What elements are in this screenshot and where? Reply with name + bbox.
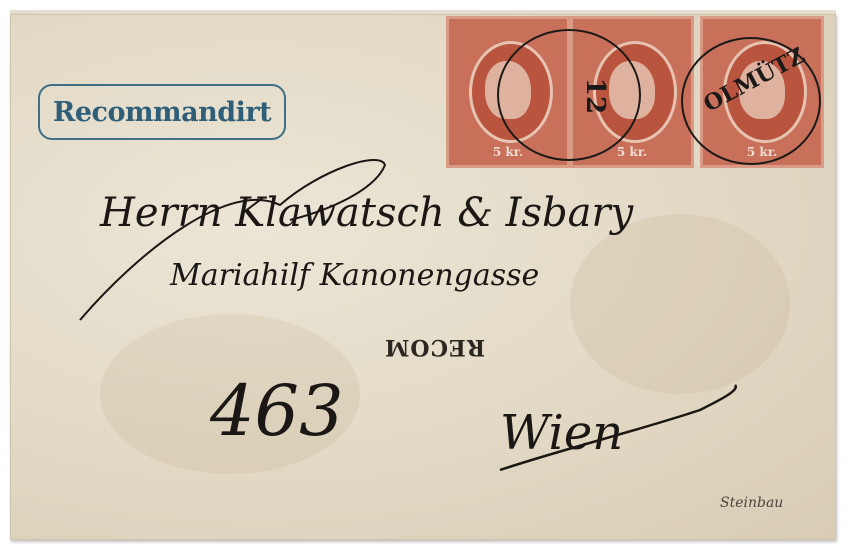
handwritten-number: 463 [210,370,344,452]
address-line-2: Mariahilf Kanonengasse [170,258,539,293]
address-city: Wien [500,405,623,461]
pencil-signature: Steinbau [720,495,783,511]
recom-handstamp-inverted: RECOM [384,334,485,360]
address-line-1: Herrn Klawatsch & Isbary [100,190,633,236]
